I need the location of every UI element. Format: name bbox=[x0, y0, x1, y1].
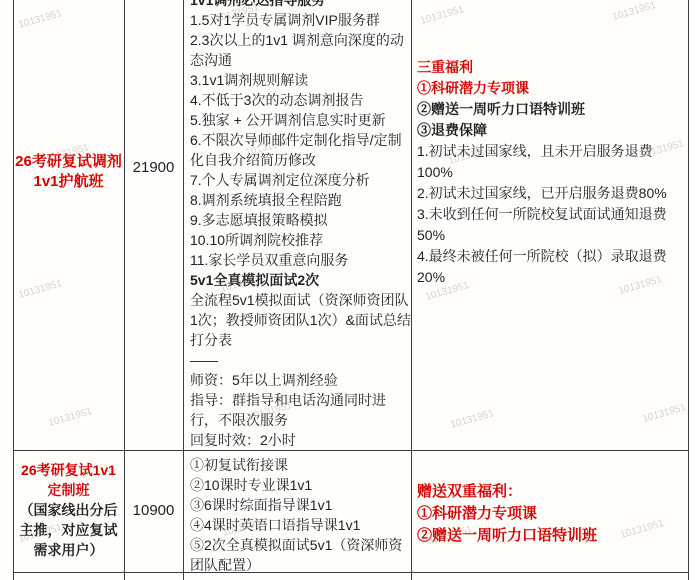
text-line: 7.个人专属调剂定位深度分析 bbox=[190, 170, 412, 190]
text-line: 9.多志愿填报策略模拟 bbox=[190, 210, 412, 230]
services-cell-row1: 1v1调剂必达指导服务1.5对1学员专属调剂VIP服务群2.3次以上的1v1 调… bbox=[190, 0, 412, 450]
text-line: 6.不限次导师邮件定制化指导/定制 bbox=[190, 130, 412, 150]
text-line: 1.5对1学员专属调剂VIP服务群 bbox=[190, 10, 412, 30]
text-line: 定制班 bbox=[13, 480, 124, 500]
text-line: 三重福利 bbox=[417, 57, 687, 78]
text-line: 赠送双重福利： bbox=[417, 481, 687, 503]
watermark: 10131951 bbox=[641, 402, 687, 425]
text-line: 打分表 bbox=[190, 330, 412, 350]
text-line: ①科研潜力专项课 bbox=[417, 78, 687, 99]
text-line: 主推，对应复试 bbox=[13, 520, 124, 540]
text-line: 2.初试未过国家线，已开启服务退费80% bbox=[417, 183, 687, 204]
text-line: 1v1护航班 bbox=[13, 172, 124, 192]
course-name-cell-row1: 26考研复试调剂1v1护航班 bbox=[13, 152, 124, 192]
text-line: 4.不低于3次的动态调剂报告 bbox=[190, 90, 412, 110]
text-line: 团队配置） bbox=[190, 555, 412, 575]
course-name-cell-row2: 26考研复试1v1定制班（国家线出分后主推，对应复试需求用户） bbox=[13, 460, 124, 560]
text-line: 回复时效：2小时 bbox=[190, 430, 412, 450]
text-line: 4.最终未被任何一所院校（拟）录取退费 bbox=[417, 246, 687, 267]
watermark: 10131951 bbox=[47, 406, 93, 429]
text-line: 行，不限次服务 bbox=[190, 410, 412, 430]
text-line: ②赠送一周听力口语特训班 bbox=[417, 525, 687, 547]
text-line: 指导：群指导和电话沟通同时进 bbox=[190, 390, 412, 410]
text-line: 50% bbox=[417, 225, 687, 246]
text-line: ①科研潜力专项课 bbox=[417, 503, 687, 525]
benefits-cell-row2: 赠送双重福利：①科研潜力专项课②赠送一周听力口语特训班 bbox=[417, 481, 687, 547]
text-line: ③6课时综面指导课1v1 bbox=[190, 495, 412, 515]
text-line: 10.10所调剂院校推荐 bbox=[190, 230, 412, 250]
watermark: 10131951 bbox=[17, 8, 63, 31]
text-line: —— bbox=[190, 350, 412, 370]
text-line: 11.家长学员双重意向服务 bbox=[190, 250, 412, 270]
watermark: 10131951 bbox=[17, 278, 63, 301]
text-line: ③退费保障 bbox=[417, 120, 687, 141]
text-line: ②10课时专业课1v1 bbox=[190, 475, 412, 495]
watermark: 10131951 bbox=[449, 408, 495, 431]
text-line: 3.未收到任何一所院校复试面试通知退费 bbox=[417, 204, 687, 225]
text-line: （国家线出分后 bbox=[13, 500, 124, 520]
text-line: 100% bbox=[417, 162, 687, 183]
text-line: 2.3次以上的1v1 调剂意向深度的动 bbox=[190, 30, 412, 50]
watermark: 10131951 bbox=[419, 4, 465, 27]
table-border-col1 bbox=[124, 0, 125, 580]
text-line: ①初复试衔接课 bbox=[190, 455, 412, 475]
services-cell-row2: ①初复试衔接课②10课时专业课1v1③6课时综面指导课1v1④4课时英语口语指导… bbox=[190, 455, 412, 575]
text-line: 师资：5年以上调剂经验 bbox=[190, 370, 412, 390]
text-line: 5.独家 + 公开调剂信息实时更新 bbox=[190, 110, 412, 130]
text-line: 化自我介绍简历修改 bbox=[190, 150, 412, 170]
text-line: ④4课时英语口语指导课1v1 bbox=[190, 515, 412, 535]
text-line: 20% bbox=[417, 267, 687, 288]
benefits-cell-row1: 三重福利①科研潜力专项课②赠送一周听力口语特训班③退费保障1.初试未过国家线，且… bbox=[417, 57, 687, 288]
text-line: 1.初试未过国家线，且未开启服务退费 bbox=[417, 141, 687, 162]
text-line: 3.1v1调剂规则解读 bbox=[190, 70, 412, 90]
text-line: 1次；教授师资团队1次）&面试总结 bbox=[190, 310, 412, 330]
price-cell-row1: 21900 bbox=[124, 159, 183, 177]
text-line: 8.调剂系统填报全程陪跑 bbox=[190, 190, 412, 210]
table-border-col2 bbox=[183, 0, 184, 580]
text-line: ②赠送一周听力口语特训班 bbox=[417, 99, 687, 120]
pricing-table: 26考研复试调剂1v1护航班 21900 1v1调剂必达指导服务1.5对1学员专… bbox=[0, 0, 695, 580]
text-line: 26考研复试1v1 bbox=[13, 460, 124, 480]
text-line: 全流程5v1模拟面试（资深师资团队 bbox=[190, 290, 412, 310]
text-line: 1v1调剂必达指导服务 bbox=[190, 0, 412, 10]
text-line: 5v1全真模拟面试2次 bbox=[190, 270, 412, 290]
text-line: 态沟通 bbox=[190, 50, 412, 70]
table-border-right bbox=[688, 0, 689, 580]
table-border-row1-bottom bbox=[13, 450, 689, 451]
text-line: ⑤2次全真模拟面试5v1（资深师资 bbox=[190, 535, 412, 555]
watermark: 10131951 bbox=[611, 0, 657, 23]
text-line: 需求用户） bbox=[13, 540, 124, 560]
price-cell-row2: 10900 bbox=[124, 502, 183, 520]
text-line: 26考研复试调剂 bbox=[13, 152, 124, 172]
